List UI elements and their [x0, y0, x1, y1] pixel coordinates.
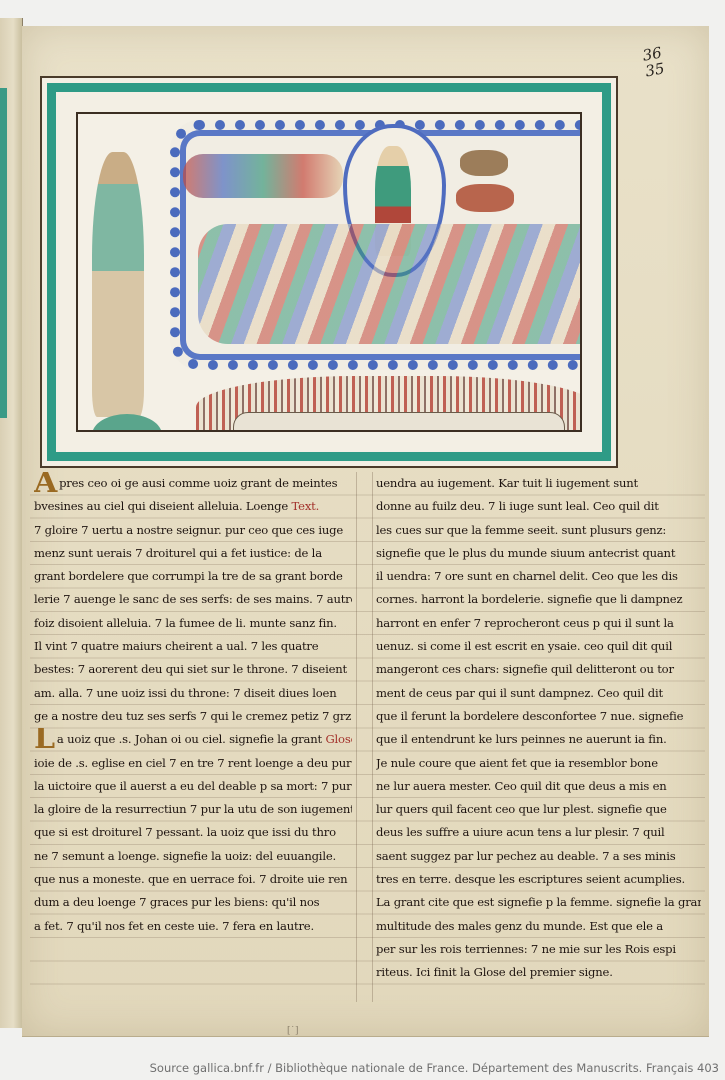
- decorated-initial-l: L: [34, 728, 55, 750]
- text-line: saent suggez par lur pechez au deable. 7…: [376, 845, 701, 868]
- text-line: cornes. harront la bordelerie. signefie …: [376, 588, 701, 611]
- previous-folio-border: [0, 88, 7, 418]
- decorated-initial-a: A: [34, 472, 57, 494]
- text-line: les cues sur que la femme seeit. sunt pl…: [376, 519, 701, 542]
- text-line: Apres ceo oi ge ausi comme uoiz grant de…: [34, 472, 352, 495]
- miniature-green-border: [47, 83, 611, 461]
- source-caption: Source gallica.bnf.fr / Bibliothèque nat…: [150, 1061, 719, 1075]
- right-text-column: uendra au iugement. Kar tuit li iugement…: [376, 472, 701, 985]
- eagle-symbol: [460, 150, 508, 176]
- text-line: mangeront ces chars: signefie quil delit…: [376, 658, 701, 681]
- left-text-column: Apres ceo oi ge ausi comme uoiz grant de…: [34, 472, 352, 938]
- text-line: am. alla. 7 une uoiz issi du throne: 7 d…: [34, 682, 352, 705]
- text-line: il uendra: 7 ore sunt en charnel delit. …: [376, 565, 701, 588]
- column-rule-right: [372, 472, 373, 1002]
- text-line: per sur les rois terriennes: 7 ne mie su…: [376, 938, 701, 961]
- burning-figure: [233, 412, 565, 432]
- text-line: La uoiz que .s. Johan oi ou ciel. signef…: [34, 728, 352, 751]
- text-line: ioie de .s. eglise en ciel 7 en tre 7 re…: [34, 752, 352, 775]
- text-line: la gloire de la resurrectiun 7 pur la ut…: [34, 798, 352, 821]
- manuscript-folio: 36 35 Apres ceo oi ge ausi comme u: [22, 26, 709, 1037]
- elders-kneeling: [198, 224, 582, 344]
- text-line: la uictoire que il auerst a eu del deabl…: [34, 775, 352, 798]
- text-line: que si est droiturel 7 pessant. la uoiz …: [34, 821, 352, 844]
- miniature-scene: [76, 112, 582, 432]
- rubric-text: Text.: [292, 499, 320, 513]
- text-line: harront en enfer 7 reprocheront ceus p q…: [376, 612, 701, 635]
- text-line: bestes: 7 aorerent deu qui siet sur le t…: [34, 658, 352, 681]
- text-line: que nus a moneste. que en uerrace foi. 7…: [34, 868, 352, 891]
- text-line: foiz disoient alleluia. 7 la fumee de li…: [34, 612, 352, 635]
- text-line: dum a deu loenge 7 graces pur les biens:…: [34, 891, 352, 914]
- text-line: multitude des males genz du munde. Est q…: [376, 915, 701, 938]
- text-line: grant bordelere que corrumpi la tre de s…: [34, 565, 352, 588]
- text-line: riteus. Ici finit la Glose del premier s…: [376, 961, 701, 984]
- text-line: Je nule coure que aient fet que ia resem…: [376, 752, 701, 775]
- text-line: ne 7 semunt a loenge. signefie la uoiz: …: [34, 845, 352, 868]
- text-line: 7 gloire 7 uertu a nostre seignur. pur c…: [34, 519, 352, 542]
- rubric-gloss: Glose.: [325, 732, 352, 746]
- text-line: ge a nostre deu tuz ses serfs 7 qui le c…: [34, 705, 352, 728]
- text-line: que il ferunt la bordelere desconfortee …: [376, 705, 701, 728]
- st-john-figure: [92, 152, 144, 417]
- text-line: uenuz. si come il est escrit en ysaie. c…: [376, 635, 701, 658]
- ox-symbol: [456, 184, 514, 212]
- previous-folio-edge: [0, 18, 23, 1028]
- text-line: uendra au iugement. Kar tuit li iugement…: [376, 472, 701, 495]
- text-line: donne au fuilz deu. 7 li iuge sunt leal.…: [376, 495, 701, 518]
- text-line: La grant cite que est signefie p la femm…: [376, 891, 701, 914]
- foliation-lower: 35: [644, 60, 666, 79]
- text-line: signefie que le plus du munde siuum ante…: [376, 542, 701, 565]
- text-line: Il vint 7 quatre maiurs cheirent a ual. …: [34, 635, 352, 658]
- bottom-mark: [˙]: [287, 1026, 299, 1036]
- text-line: menz sunt uerais 7 droiturel qui a fet i…: [34, 542, 352, 565]
- text-line: lur quers quil facent ceo que lur plest.…: [376, 798, 701, 821]
- column-rule-left: [356, 472, 357, 1002]
- text-line: ne lur auera mester. Ceo quil dit que de…: [376, 775, 701, 798]
- text-line: bvesines au ciel qui diseient alleluia. …: [34, 495, 352, 518]
- text-line: lerie 7 auenge le sanc de ses serfs: de …: [34, 588, 352, 611]
- miniature: [40, 76, 618, 468]
- text-line: a fet. 7 qu'il nos fet en ceste uie. 7 f…: [34, 915, 352, 938]
- text-line: que il entendrunt ke lurs peinnes ne aue…: [376, 728, 701, 751]
- text-line: ment de ceus par qui il sunt dampnez. Ce…: [376, 682, 701, 705]
- text-line: deus les suffre a uiure acun tens a lur …: [376, 821, 701, 844]
- foliation-number: 36 35: [641, 45, 665, 80]
- text-line: tres en terre. desque les escriptures se…: [376, 868, 701, 891]
- trumpeting-angels: [183, 154, 343, 198]
